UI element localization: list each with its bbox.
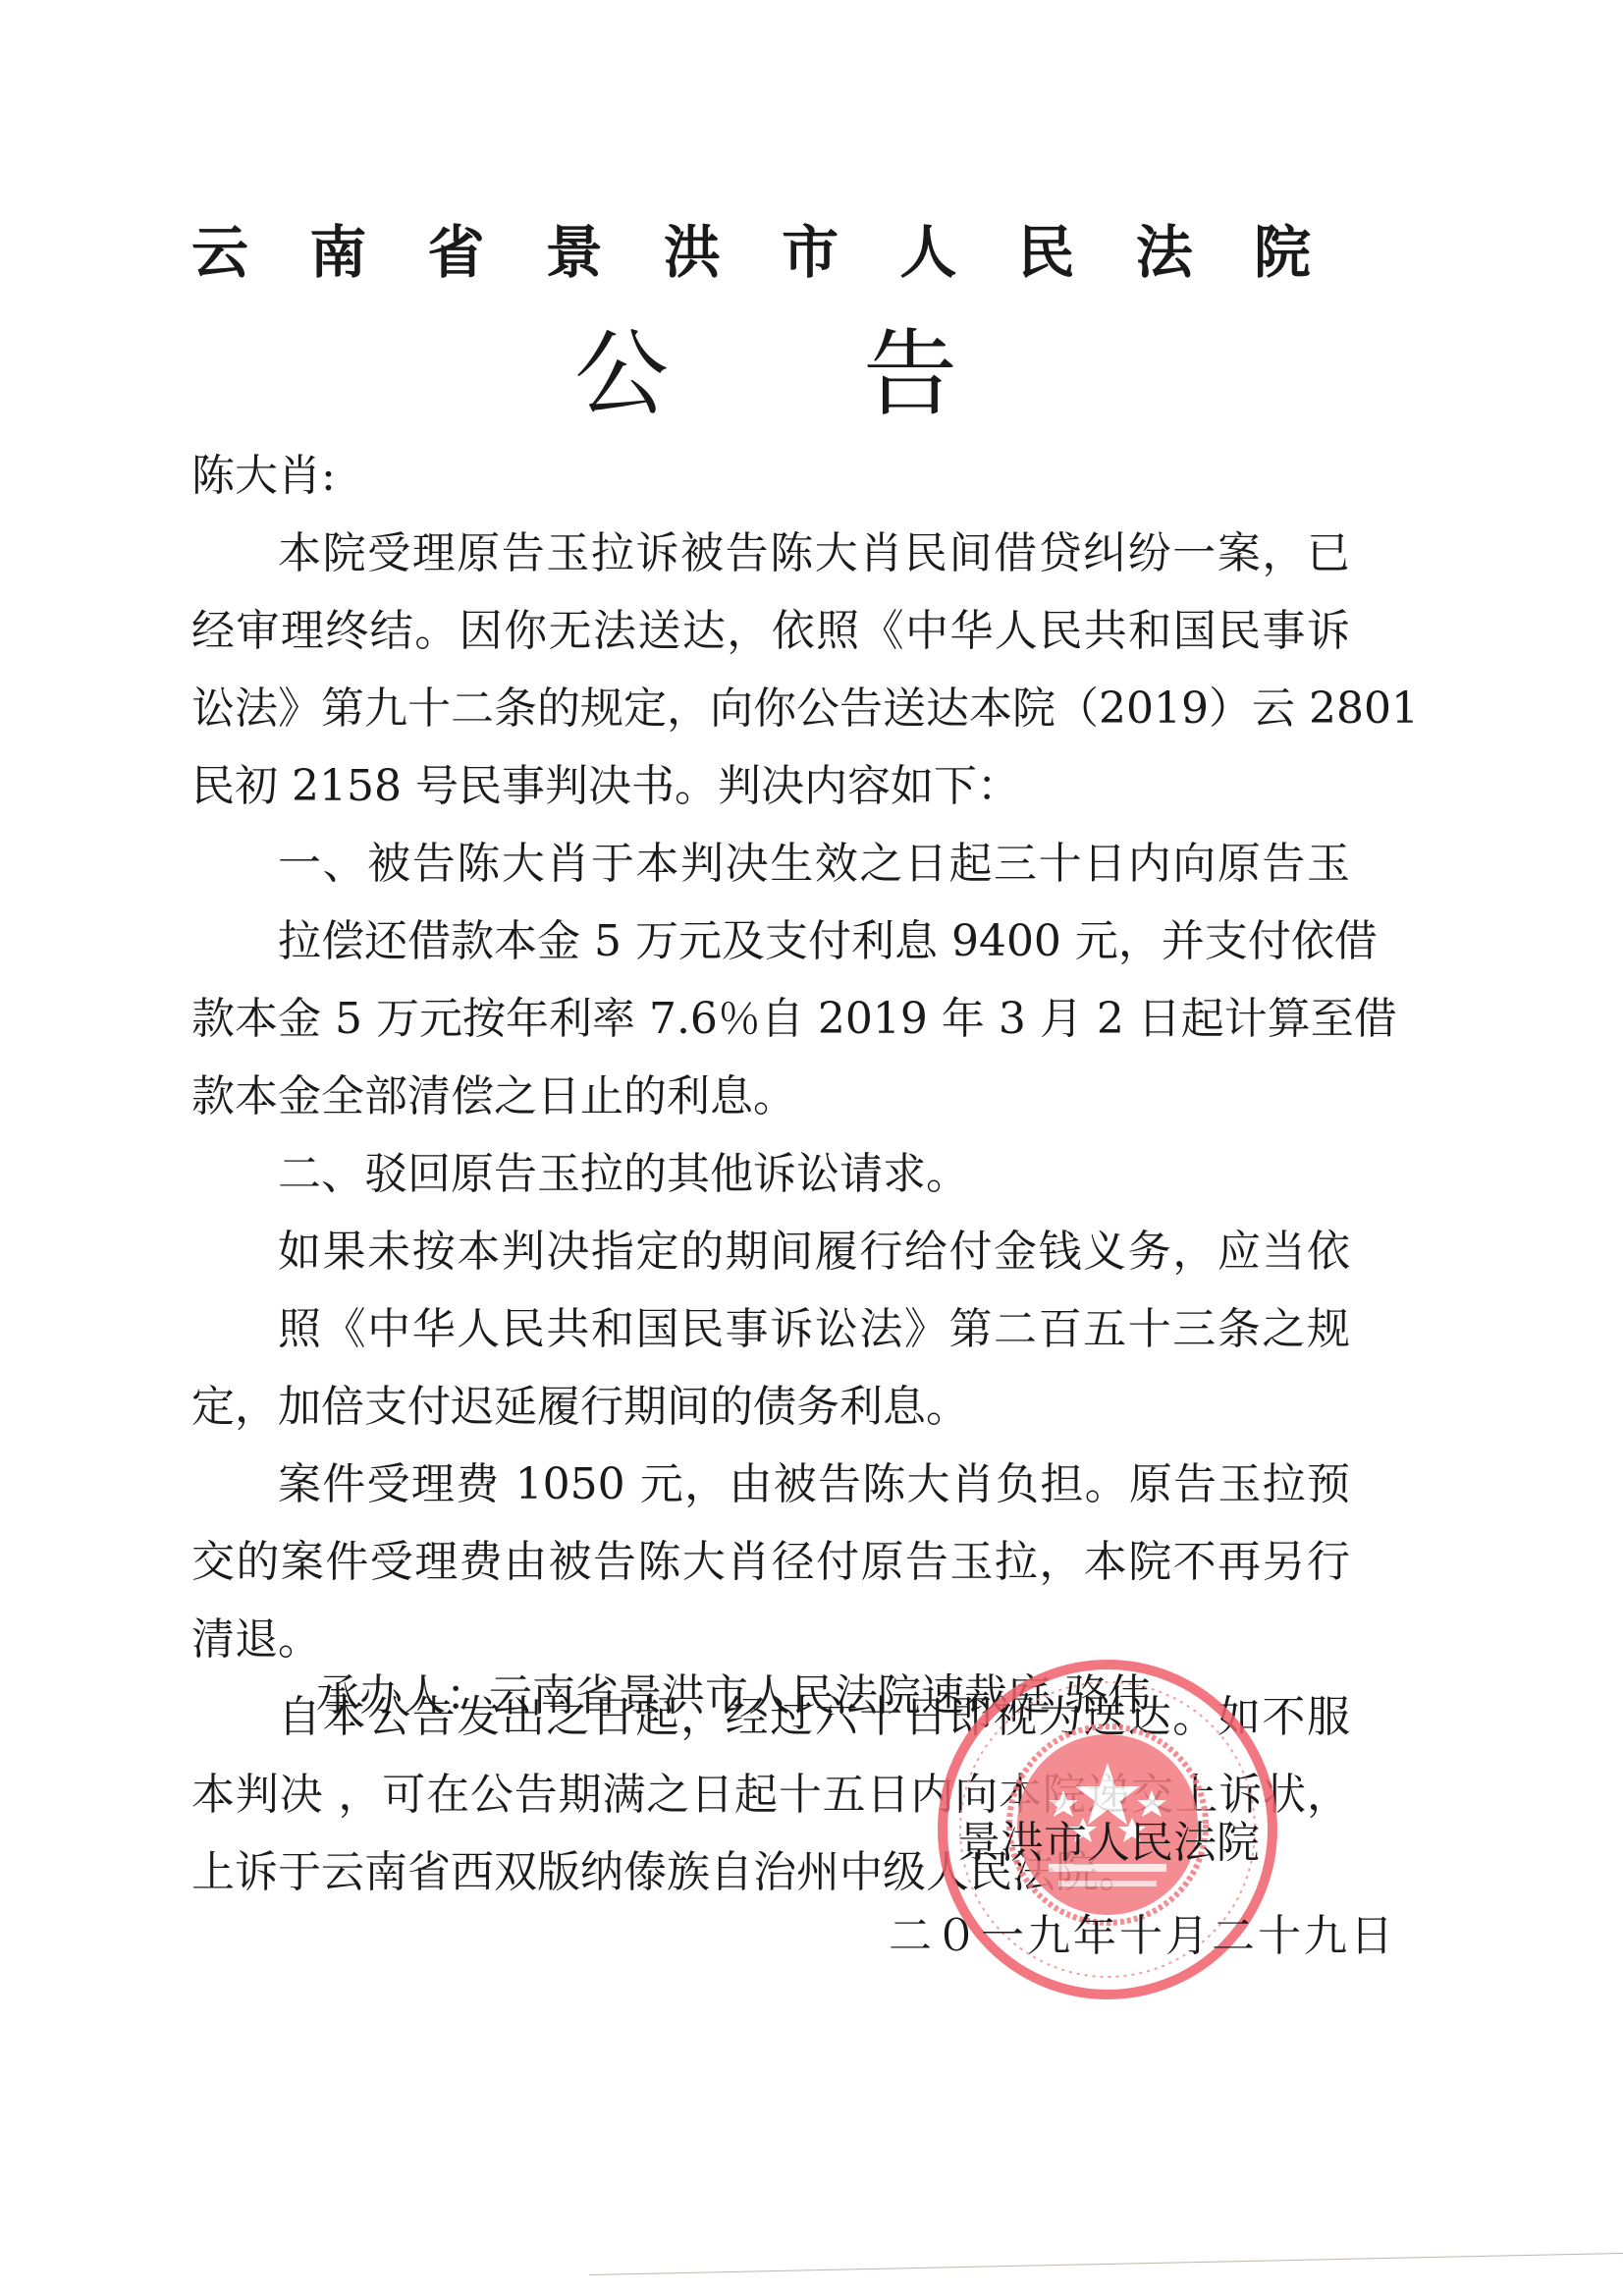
scan-edge-line bbox=[589, 2253, 1623, 2275]
court-name-char: 景 bbox=[546, 206, 603, 289]
body-line: 定，加倍支付迟延履行期间的债务利息。 bbox=[191, 1368, 1350, 1446]
judgment-item-1: 一、被告陈大肖于本判决生效之日起三十日内向原告玉 bbox=[191, 825, 1350, 902]
court-name-char: 洪 bbox=[664, 206, 721, 289]
body-line: 款本金 5 万元按年利率 7.6％自 2019 年 3 月 2 日起计算至借 bbox=[191, 980, 1350, 1058]
body-line: 照《中华人民共和国民事诉讼法》第二百五十三条之规 bbox=[191, 1290, 1350, 1368]
body-line: 交的案件受理费由被告陈大肖径付原告玉拉，本院不再另行 bbox=[191, 1523, 1350, 1601]
body-line: 如果未按本判决指定的期间履行给付金钱义务，应当依 bbox=[191, 1213, 1350, 1290]
notice-title-char: 公 bbox=[574, 300, 669, 434]
court-name-char: 云 bbox=[191, 206, 248, 289]
body-line: 拉偿还借款本金 5 万元及支付利息 9400 元，并支付依借 bbox=[191, 902, 1350, 980]
court-name-char: 民 bbox=[1018, 206, 1075, 289]
notice-title: 公 告 bbox=[574, 300, 957, 434]
body-line: 案件受理费 1050 元，由被告陈大肖负担。原告玉拉预 bbox=[191, 1446, 1350, 1523]
addressee: 陈大肖: bbox=[191, 437, 1350, 515]
body-line: 经审理终结。因你无法送达，依照《中华人民共和国民事诉 bbox=[191, 592, 1350, 670]
notice-title-char: 告 bbox=[863, 300, 957, 434]
judgment-item-2: 二、驳回原告玉拉的其他诉讼请求。 bbox=[191, 1135, 1350, 1213]
body-line: 讼法》第九十二条的规定，向你公告送达本院（2019）云 2801 bbox=[191, 670, 1350, 747]
court-notice-page: 云 南 省 景 洪 市 人 民 法 院 公 告 陈大肖: 本院受理原告玉拉诉被告… bbox=[0, 0, 1623, 2296]
court-name-char: 法 bbox=[1136, 206, 1193, 289]
issue-date: 二０一九年十月二十九日 bbox=[889, 1900, 1396, 1963]
court-name-char: 院 bbox=[1254, 206, 1311, 289]
court-name-char: 市 bbox=[782, 206, 839, 289]
body-line: 本院受理原告玉拉诉被告陈大肖民间借贷纠纷一案，已 bbox=[191, 515, 1350, 592]
court-name-char: 省 bbox=[427, 206, 484, 289]
court-name-heading: 云 南 省 景 洪 市 人 民 法 院 bbox=[191, 206, 1311, 289]
issuing-court: 景洪市人民法院 bbox=[957, 1807, 1260, 1870]
body-line: 款本金全部清偿之日止的利息。 bbox=[191, 1058, 1350, 1135]
court-name-char: 南 bbox=[309, 206, 366, 289]
body-line: 民初 2158 号民事判决书。判决内容如下： bbox=[191, 747, 1350, 825]
court-name-char: 人 bbox=[899, 206, 956, 289]
